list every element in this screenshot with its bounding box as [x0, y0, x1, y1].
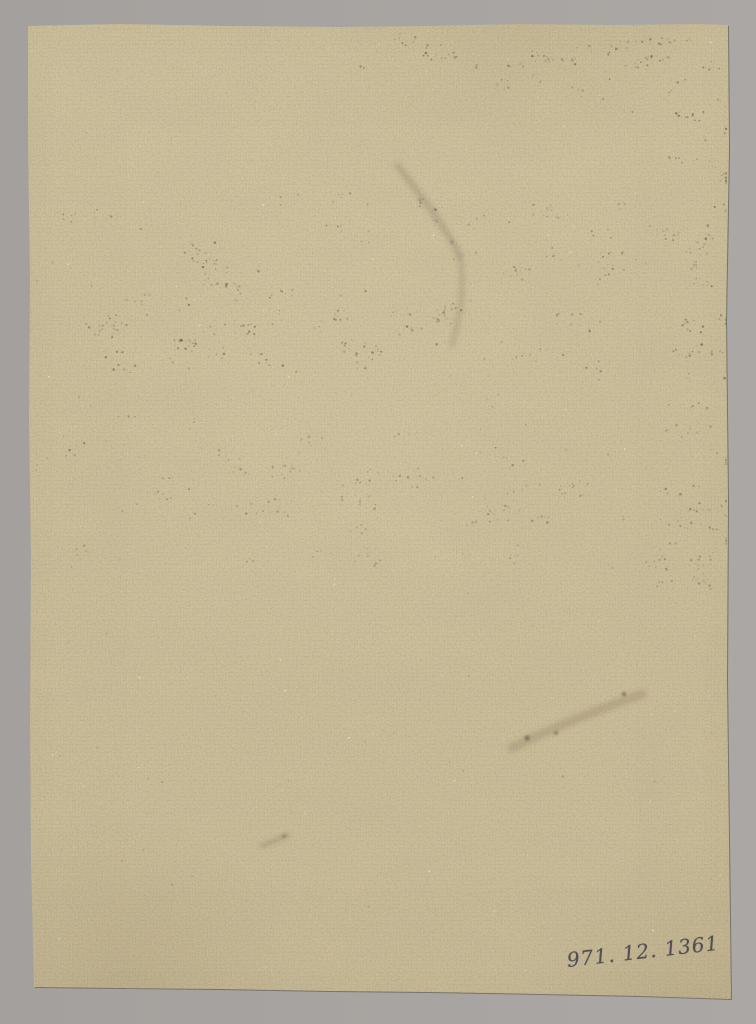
edge-vignette: [0, 0, 756, 1024]
paper-sheet: 971. 12. 1361: [0, 0, 756, 1024]
photo-backdrop: 971. 12. 1361: [0, 0, 756, 1024]
